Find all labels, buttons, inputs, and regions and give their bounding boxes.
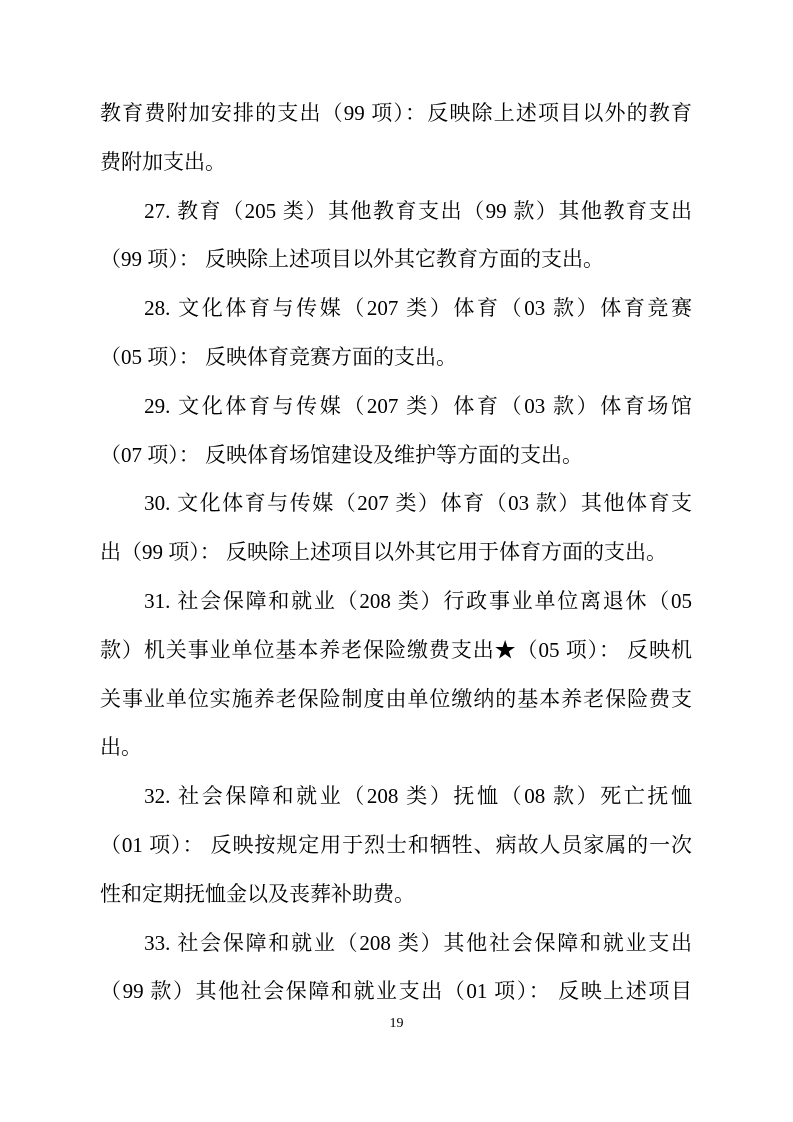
paragraph-item-28: 28. 文化体育与传媒（207 类）体育（03 款）体育竞赛（05 项）： 反映… [100, 284, 692, 382]
text-line: 30. 文化体育与传媒（207 类）体育（03 款）其他体育支 [100, 479, 692, 528]
document-page: 教育费附加安排的支出（99 项）：反映除上述项目以外的教育费附加支出。27. 教… [0, 0, 793, 1122]
text-line: （99 款）其他社会保障和就业支出（01 项）： 反映上述项目 [100, 967, 692, 1016]
text-line: 费附加支出。 [100, 138, 692, 187]
paragraph-item-27: 27. 教育（205 类）其他教育支出（99 款）其他教育支出（99 项）： 反… [100, 187, 692, 285]
text-line: 32. 社会保障和就业（208 类）抚恤（08 款）死亡抚恤 [100, 772, 692, 821]
page-number: 19 [0, 1014, 793, 1034]
document-body: 教育费附加安排的支出（99 项）：反映除上述项目以外的教育费附加支出。27. 教… [100, 89, 692, 1016]
text-line: （01 项）： 反映按规定用于烈士和牺牲、病故人员家属的一次 [100, 821, 692, 870]
paragraph-item-29: 29. 文化体育与传媒（207 类）体育（03 款）体育场馆（07 项）： 反映… [100, 382, 692, 480]
paragraph-item-31: 31. 社会保障和就业（208 类）行政事业单位离退休（05款）机关事业单位基本… [100, 577, 692, 772]
text-line: 出（99 项）： 反映除上述项目以外其它用于体育方面的支出。 [100, 528, 692, 577]
text-line: （05 项）： 反映体育竞赛方面的支出。 [100, 333, 692, 382]
paragraph-item-30: 30. 文化体育与传媒（207 类）体育（03 款）其他体育支出（99 项）： … [100, 479, 692, 577]
text-line: 教育费附加安排的支出（99 项）：反映除上述项目以外的教育 [100, 89, 692, 138]
text-line: 关事业单位实施养老保险制度由单位缴纳的基本养老保险费支 [100, 675, 692, 724]
paragraph-item-33: 33. 社会保障和就业（208 类）其他社会保障和就业支出（99 款）其他社会保… [100, 919, 692, 1017]
text-line: （07 项）： 反映体育场馆建设及维护等方面的支出。 [100, 431, 692, 480]
text-line: 性和定期抚恤金以及丧葬补助费。 [100, 870, 692, 919]
text-line: 29. 文化体育与传媒（207 类）体育（03 款）体育场馆 [100, 382, 692, 431]
text-line: 31. 社会保障和就业（208 类）行政事业单位离退休（05 [100, 577, 692, 626]
text-line: 出。 [100, 723, 692, 772]
text-line: 33. 社会保障和就业（208 类）其他社会保障和就业支出 [100, 919, 692, 968]
text-line: 27. 教育（205 类）其他教育支出（99 款）其他教育支出 [100, 187, 692, 236]
text-line: （99 项）： 反映除上述项目以外其它教育方面的支出。 [100, 235, 692, 284]
paragraph-item-26-continued: 教育费附加安排的支出（99 项）：反映除上述项目以外的教育费附加支出。 [100, 89, 692, 187]
paragraph-item-32: 32. 社会保障和就业（208 类）抚恤（08 款）死亡抚恤（01 项）： 反映… [100, 772, 692, 918]
text-line: 款）机关事业单位基本养老保险缴费支出★（05 项）： 反映机 [100, 626, 692, 675]
text-line: 28. 文化体育与传媒（207 类）体育（03 款）体育竞赛 [100, 284, 692, 333]
